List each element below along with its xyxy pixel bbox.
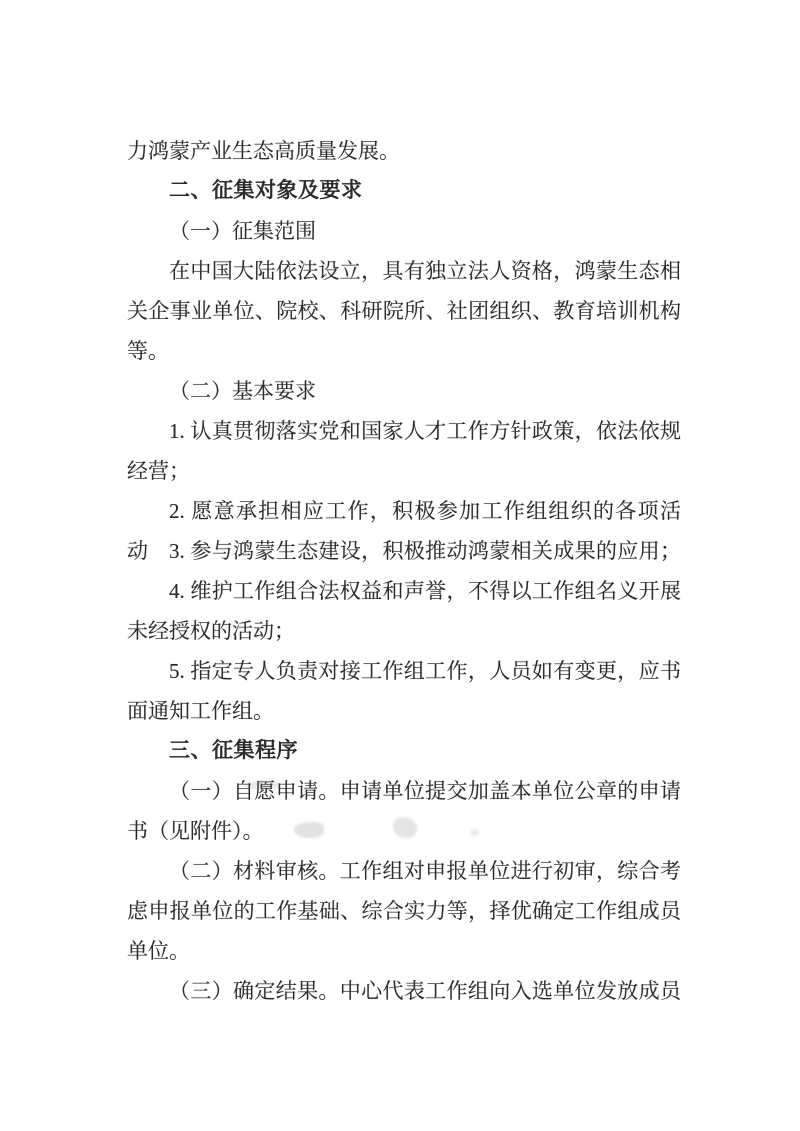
text-line: 4. 维护工作组合法权益和声誉，不得以工作组名义开展 (127, 571, 681, 611)
text-line: 书（见附件）。 (127, 811, 681, 851)
text-line: 1. 认真贯彻落实党和国家人才工作方针政策，依法依规 (127, 411, 681, 451)
text-line: 3. 参与鸿蒙生态建设，积极推动鸿蒙相关成果的应用； (127, 531, 681, 571)
section-heading: 二、征集对象及要求 (127, 171, 681, 211)
section-heading: 三、征集程序 (127, 731, 681, 771)
text-line: （三）确定结果。中心代表工作组向入选单位发放成员 (127, 971, 681, 1011)
document-page: 力鸿蒙产业生态高质量发展。二、征集对象及要求（一）征集范围在中国大陆依法设立，具… (0, 0, 800, 1131)
text-line: （二）基本要求 (127, 371, 681, 411)
text-line: （二）材料审核。工作组对申报单位进行初审，综合考 (127, 851, 681, 891)
text-line: 5. 指定专人负责对接工作组工作，人员如有变更，应书 (127, 651, 681, 691)
text-line: 单位。 (127, 931, 681, 971)
text-line: （一）征集范围 (127, 211, 681, 251)
text-line: 虑申报单位的工作基础、综合实力等，择优确定工作组成员 (127, 891, 681, 931)
text-line: （一）自愿申请。申请单位提交加盖本单位公章的申请 (127, 771, 681, 811)
text-line: 在中国大陆依法设立，具有独立法人资格，鸿蒙生态相 (127, 251, 681, 291)
text-line: 面通知工作组。 (127, 691, 681, 731)
text-line: 经营； (127, 451, 681, 491)
text-line: 力鸿蒙产业生态高质量发展。 (127, 131, 681, 171)
text-line: 未经授权的活动； (127, 611, 681, 651)
document-text: 力鸿蒙产业生态高质量发展。二、征集对象及要求（一）征集范围在中国大陆依法设立，具… (127, 131, 681, 1011)
text-line: 2. 愿意承担相应工作，积极参加工作组组织的各项活动； (127, 491, 681, 531)
text-line: 等。 (127, 331, 681, 371)
text-line: 关企事业单位、院校、科研院所、社团组织、教育培训机构 (127, 291, 681, 331)
